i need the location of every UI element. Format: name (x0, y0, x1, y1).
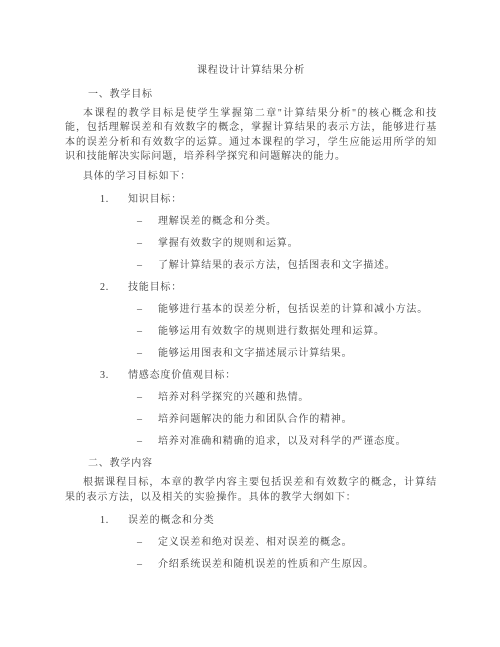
section-heading: 一、教学目标 (65, 88, 437, 102)
section-teaching-content: 二、教学内容 根据课程目标，本章的教学内容主要包括误差和有效数字的概念，计算结果… (65, 457, 437, 572)
list-item-number: 1. (100, 193, 128, 207)
bullet-text: 介绍系统误差和随机误差的性质和产生原因。 (158, 559, 374, 570)
list-bullet: –定义误差和绝对误差、相对误差的概念。 (65, 536, 437, 550)
bullet-text: 培养对科学探究的兴趣和热情。 (158, 392, 309, 403)
list-bullet: –介绍系统误差和随机误差的性质和产生原因。 (65, 558, 437, 572)
dash-bullet-icon: – (137, 259, 158, 273)
list-item: 2.技能目标： (65, 281, 437, 295)
list-bullet: –培养对准确和精确的追求，以及对科学的严谨态度。 (65, 435, 437, 449)
list-item-number: 3. (100, 369, 128, 383)
dash-bullet-icon: – (137, 413, 158, 427)
dash-bullet-icon: – (137, 325, 158, 339)
list-item: 3.情感态度价值观目标： (65, 369, 437, 383)
bullet-text: 掌握有效数字的规则和运算。 (158, 238, 298, 249)
paragraph: 具体的学习目标如下： (65, 170, 437, 184)
list-bullet: –培养对科学探究的兴趣和热情。 (65, 391, 437, 405)
section-heading: 二、教学内容 (65, 457, 437, 471)
list-bullet: –培养问题解决的能力和团队合作的精神。 (65, 413, 437, 427)
dash-bullet-icon: – (137, 536, 158, 550)
dash-bullet-icon: – (137, 347, 158, 361)
dash-bullet-icon: – (137, 558, 158, 572)
list-bullet: –掌握有效数字的规则和运算。 (65, 237, 437, 251)
dash-bullet-icon: – (137, 215, 158, 229)
list-item-number: 2. (100, 281, 128, 295)
list-item: 1.误差的概念和分类 (65, 514, 437, 528)
document-page: 课程设计计算结果分析 一、教学目标 本课程的教学目标是使学生掌握第二章"计算结果… (0, 0, 500, 647)
paragraph: 根据课程目标，本章的教学内容主要包括误差和有效数字的概念，计算结果的表示方法，以… (65, 476, 437, 505)
dash-bullet-icon: – (137, 435, 158, 449)
bullet-text: 定义误差和绝对误差、相对误差的概念。 (158, 537, 352, 548)
dash-bullet-icon: – (137, 391, 158, 405)
list-bullet: –能够进行基本的误差分析，包括误差的计算和减小方法。 (65, 303, 437, 317)
paragraph: 本课程的教学目标是使学生掌握第二章"计算结果分析"的核心概念和技能，包括理解误差… (65, 107, 437, 164)
list-bullet: –能够运用有效数字的规则进行数据处理和运算。 (65, 325, 437, 339)
bullet-text: 理解误差的概念和分类。 (158, 216, 277, 227)
list-item: 1.知识目标： (65, 193, 437, 207)
list-item-number: 1. (100, 514, 128, 528)
dash-bullet-icon: – (137, 303, 158, 317)
section-teaching-goals: 一、教学目标 本课程的教学目标是使学生掌握第二章"计算结果分析"的核心概念和技能… (65, 88, 437, 449)
dash-bullet-icon: – (137, 237, 158, 251)
bullet-text: 能够进行基本的误差分析，包括误差的计算和减小方法。 (158, 304, 428, 315)
list-bullet: –理解误差的概念和分类。 (65, 215, 437, 229)
bullet-text: 培养问题解决的能力和团队合作的精神。 (158, 414, 352, 425)
list-bullet: –了解计算结果的表示方法，包括图表和文字描述。 (65, 259, 437, 273)
list-item-label: 知识目标： (128, 194, 182, 205)
list-item-label: 误差的概念和分类 (128, 515, 214, 526)
list-item-label: 技能目标： (128, 282, 182, 293)
list-item-label: 情感态度价值观目标： (128, 370, 236, 381)
bullet-text: 能够运用图表和文字描述展示计算结果。 (158, 348, 352, 359)
bullet-text: 了解计算结果的表示方法，包括图表和文字描述。 (158, 260, 396, 271)
bullet-text: 能够运用有效数字的规则进行数据处理和运算。 (158, 326, 385, 337)
list-bullet: –能够运用图表和文字描述展示计算结果。 (65, 347, 437, 361)
document-title: 课程设计计算结果分析 (65, 64, 437, 78)
bullet-text: 培养对准确和精确的追求，以及对科学的严谨态度。 (158, 436, 406, 447)
